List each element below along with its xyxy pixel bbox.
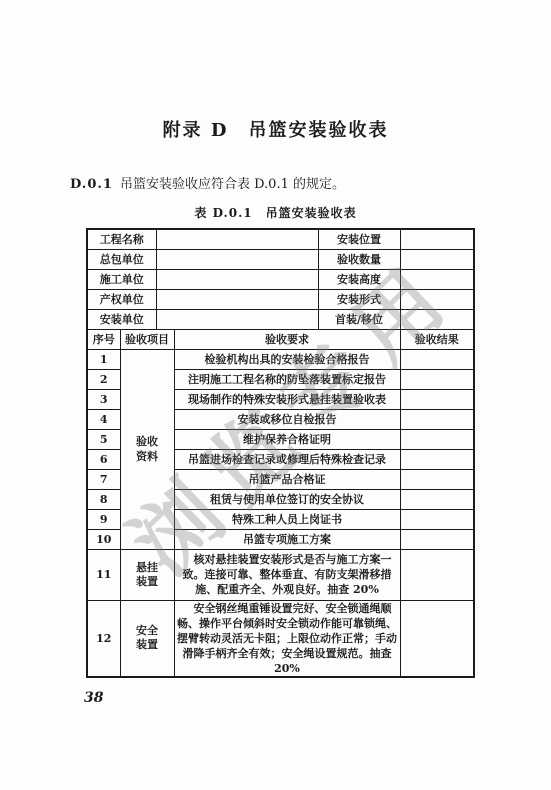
table-row: 1 验收 资料 检验机构出具的安装检验合格报告 bbox=[87, 349, 474, 369]
item-line: 安全 bbox=[121, 624, 174, 638]
clause-paragraph: D.0.1吊篮安装验收应符合表 D.0.1 的规定。 bbox=[70, 176, 501, 194]
result-cell bbox=[400, 549, 474, 600]
info-row: 产权单位 安装形式 bbox=[87, 289, 474, 309]
header-no: 序号 bbox=[87, 329, 120, 349]
row-number: 12 bbox=[87, 600, 120, 677]
document-page: 浏览专用 附录 D 吊篮安装验收表 D.0.1吊篮安装验收应符合表 D.0.1 … bbox=[0, 0, 551, 790]
item-line: 装置 bbox=[121, 575, 174, 589]
clause-text: 吊篮安装验收应符合表 D.0.1 的规定。 bbox=[120, 177, 345, 192]
info-row: 施工单位 安装高度 bbox=[87, 269, 474, 289]
requirement-cell: 吊篮产品合格证 bbox=[174, 469, 400, 489]
acceptance-table: 工程名称 安装位置 总包单位 验收数量 施工单位 安装高度 bbox=[86, 228, 475, 678]
info-value-left bbox=[156, 249, 318, 269]
info-value-right bbox=[400, 269, 474, 289]
info-label-right: 安装形式 bbox=[318, 289, 400, 309]
info-label-right: 安装位置 bbox=[318, 229, 400, 249]
info-label-left: 工程名称 bbox=[87, 229, 156, 249]
result-cell bbox=[400, 409, 474, 429]
row-number: 5 bbox=[87, 429, 120, 449]
info-row: 工程名称 安装位置 bbox=[87, 229, 474, 249]
result-cell bbox=[400, 509, 474, 529]
info-label-left: 安装单位 bbox=[87, 309, 156, 329]
info-value-right bbox=[400, 229, 474, 249]
header-requirement: 验收要求 bbox=[174, 329, 400, 349]
info-value-left bbox=[156, 309, 318, 329]
requirement-cell: 检验机构出具的安装检验合格报告 bbox=[174, 349, 400, 369]
result-cell bbox=[400, 600, 474, 677]
info-label-right: 安装高度 bbox=[318, 269, 400, 289]
row-number: 2 bbox=[87, 369, 120, 389]
row-number: 1 bbox=[87, 349, 120, 369]
requirement-cell: 吊篮专项施工方案 bbox=[174, 529, 400, 549]
category-cell: 验收 资料 bbox=[120, 349, 174, 549]
row-number: 6 bbox=[87, 449, 120, 469]
item-cell: 安全 装置 bbox=[120, 600, 174, 677]
item-cell: 悬挂 装置 bbox=[120, 549, 174, 600]
info-row: 安装单位 首装/移位 bbox=[87, 309, 474, 329]
result-cell bbox=[400, 429, 474, 449]
page-number: 38 bbox=[84, 690, 103, 706]
result-cell bbox=[400, 529, 474, 549]
item-line: 悬挂 bbox=[121, 561, 174, 575]
info-value-left bbox=[156, 269, 318, 289]
row-number: 8 bbox=[87, 489, 120, 509]
requirement-cell: 安装或移位自检报告 bbox=[174, 409, 400, 429]
appendix-title: 附录 D 吊篮安装验收表 bbox=[0, 0, 551, 143]
result-cell bbox=[400, 469, 474, 489]
result-cell bbox=[400, 389, 474, 409]
result-cell bbox=[400, 349, 474, 369]
category-line: 验收 bbox=[121, 434, 174, 449]
row-number: 9 bbox=[87, 509, 120, 529]
requirement-cell: 现场制作的特殊安装形式悬挂装置验收表 bbox=[174, 389, 400, 409]
info-label-right: 验收数量 bbox=[318, 249, 400, 269]
info-value-right bbox=[400, 249, 474, 269]
info-label-left: 施工单位 bbox=[87, 269, 156, 289]
item-line: 装置 bbox=[121, 638, 174, 652]
info-row: 总包单位 验收数量 bbox=[87, 249, 474, 269]
requirement-cell: 注明施工工程名称的防坠落装置标定报告 bbox=[174, 369, 400, 389]
info-label-left: 总包单位 bbox=[87, 249, 156, 269]
info-value-right bbox=[400, 289, 474, 309]
category-line: 资料 bbox=[121, 449, 174, 464]
requirement-cell: 吊篮进场检查记录或修理后特殊检查记录 bbox=[174, 449, 400, 469]
header-item: 验收项目 bbox=[120, 329, 174, 349]
requirement-cell: 租赁与使用单位签订的安全协议 bbox=[174, 489, 400, 509]
row-number: 10 bbox=[87, 529, 120, 549]
row-number: 7 bbox=[87, 469, 120, 489]
info-value-left bbox=[156, 229, 318, 249]
requirement-cell: 安全钢丝绳重锤设置完好、安全锁通绳顺畅、操作平台倾斜时安全锁动作能可靠锁绳、摆臂… bbox=[174, 600, 400, 677]
table-row: 11 悬挂 装置 核对悬挂装置安装形式是否与施工方案一致。连接可靠、整体垂直、有… bbox=[87, 549, 474, 600]
result-cell bbox=[400, 489, 474, 509]
requirement-cell: 特殊工种人员上岗证书 bbox=[174, 509, 400, 529]
info-value-right bbox=[400, 309, 474, 329]
requirement-cell: 核对悬挂装置安装形式是否与施工方案一致。连接可靠、整体垂直、有防支架滑移措施、配… bbox=[174, 549, 400, 600]
info-label-right: 首装/移位 bbox=[318, 309, 400, 329]
row-number: 4 bbox=[87, 409, 120, 429]
requirement-cell: 维护保养合格证明 bbox=[174, 429, 400, 449]
row-number: 3 bbox=[87, 389, 120, 409]
result-cell bbox=[400, 369, 474, 389]
table-row: 12 安全 装置 安全钢丝绳重锤设置完好、安全锁通绳顺畅、操作平台倾斜时安全锁动… bbox=[87, 600, 474, 677]
info-value-left bbox=[156, 289, 318, 309]
clause-number: D.0.1 bbox=[70, 177, 113, 192]
table-caption: 表 D.0.1 吊篮安装验收表 bbox=[0, 205, 551, 221]
result-cell bbox=[400, 449, 474, 469]
info-label-left: 产权单位 bbox=[87, 289, 156, 309]
table-header-row: 序号 验收项目 验收要求 验收结果 bbox=[87, 329, 474, 349]
header-result: 验收结果 bbox=[400, 329, 474, 349]
row-number: 11 bbox=[87, 549, 120, 600]
